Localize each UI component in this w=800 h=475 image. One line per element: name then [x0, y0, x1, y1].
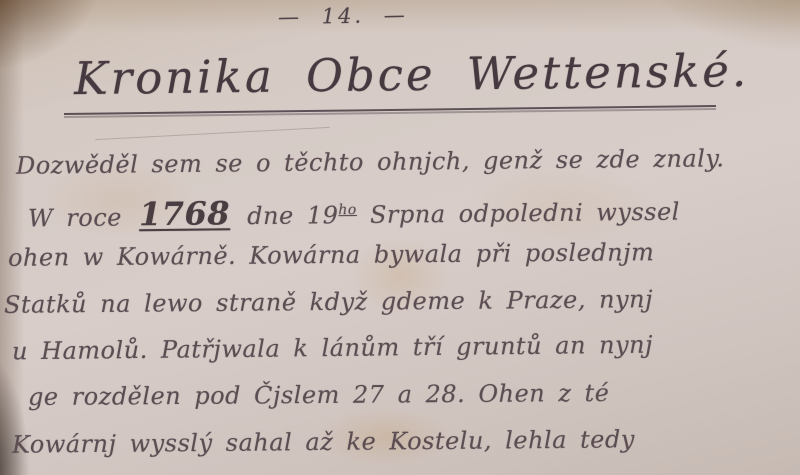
page-number: — 14. — [278, 3, 408, 29]
chronicle-title: Kronika Obce Wettenské. [74, 44, 750, 105]
superscript-ho: ho [338, 202, 357, 218]
faint-pencil-stroke [95, 127, 330, 140]
manuscript-line-4: Statků na lewo straně když gdeme k Praze… [4, 285, 653, 319]
manuscript-line-6: ge rozdělen pod Čjslem 27 a 28. Ohen z t… [28, 379, 610, 411]
manuscript-line-2: W roce 1768 dne 19ho Srpna odpoledni wys… [28, 190, 680, 235]
line-2-suffix: Srpna odpoledni wyssel [357, 198, 680, 229]
manuscript-line-5: u Hamolů. Patřjwala k lánům tří gruntů a… [12, 331, 653, 366]
manuscript-line-7: Kowárnj wysslý sahal až ke Kostelu, lehl… [12, 425, 635, 458]
year-1768: 1768 [135, 194, 234, 233]
manuscript-line-3: ohen w Kowárně. Kowárna bywala při posle… [8, 238, 655, 272]
title-underline [64, 105, 716, 115]
manuscript-photo: — 14. — Kronika Obce Wettenské. Dozwěděl… [0, 0, 800, 475]
line-2-mid: dne 19 [234, 201, 339, 230]
line-2-prefix: W roce [28, 203, 135, 232]
manuscript-line-1: Dozwěděl sem se o těchto ohnjch, genž se… [16, 144, 725, 179]
